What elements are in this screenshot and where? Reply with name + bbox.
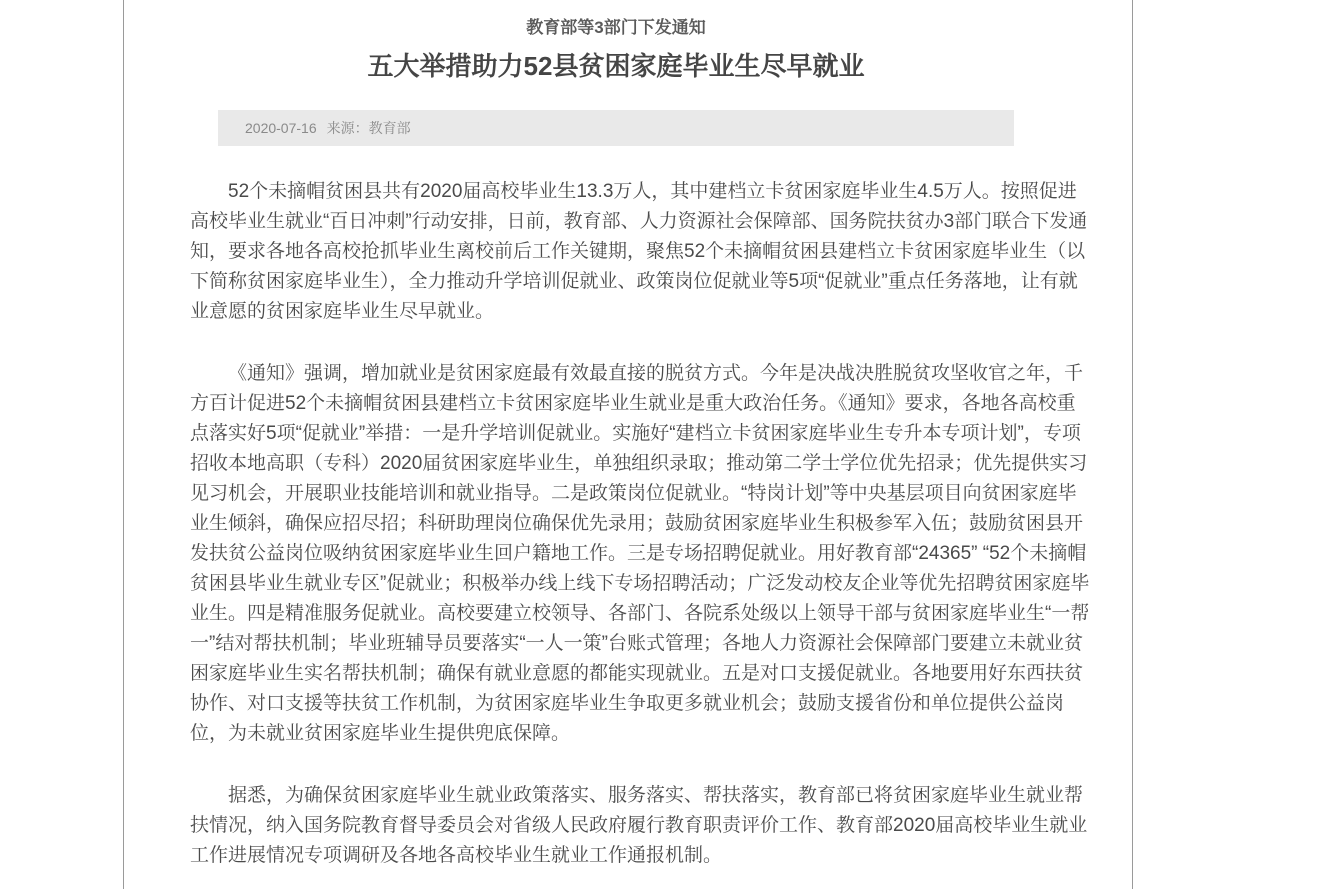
article-subtitle: 教育部等3部门下发通知: [218, 14, 1014, 42]
article-body: 52个未摘帽贫困县共有2020届高校毕业生13.3万人，其中建档立卡贫困家庭毕业…: [190, 177, 1090, 871]
article-paragraph-3: 据悉，为确保贫困家庭毕业生就业政策落实、服务落实、帮扶落实，教育部已将贫困家庭毕…: [190, 781, 1090, 871]
article-content: 教育部等3部门下发通知 五大举措助力52县贫困家庭毕业生尽早就业 2020-07…: [124, 0, 1132, 871]
article-header: 教育部等3部门下发通知 五大举措助力52县贫困家庭毕业生尽早就业: [218, 14, 1014, 84]
source-value: 教育部: [369, 120, 411, 136]
source-label: 来源：: [327, 120, 369, 136]
article-page: 教育部等3部门下发通知 五大举措助力52县贫困家庭毕业生尽早就业 2020-07…: [0, 0, 1324, 889]
article-title: 五大举措助力52县贫困家庭毕业生尽早就业: [218, 48, 1014, 84]
right-column-border: [1132, 0, 1133, 889]
article-paragraph-1: 52个未摘帽贫困县共有2020届高校毕业生13.3万人，其中建档立卡贫困家庭毕业…: [190, 177, 1090, 327]
article-paragraph-2: 《通知》强调，增加就业是贫困家庭最有效最直接的脱贫方式。今年是决战决胜脱贫攻坚收…: [190, 359, 1090, 749]
publish-date: 2020-07-16: [245, 120, 317, 136]
article-meta-bar: 2020-07-16来源：教育部: [218, 110, 1014, 146]
